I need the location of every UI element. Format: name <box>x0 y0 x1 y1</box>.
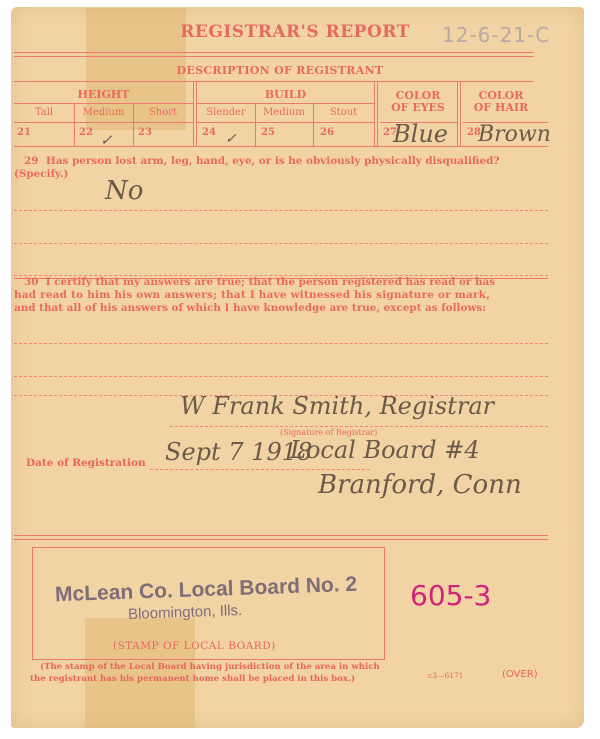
table-rule <box>374 82 375 146</box>
divider <box>14 81 534 82</box>
q29-number: 29 <box>24 155 38 168</box>
field-26: 26 <box>320 127 334 138</box>
stamp-note-2: the registrant has his permanent home sh… <box>30 674 355 684</box>
table-rule <box>197 103 374 104</box>
divider <box>14 52 534 53</box>
stamp-caption: (STAMP OF LOCAL BOARD) <box>113 640 276 652</box>
q29-answer: No <box>105 176 143 206</box>
answer-line <box>14 210 548 211</box>
q30-number: 30 <box>24 276 38 288</box>
col-slender: Slender <box>197 107 255 118</box>
registrar-signature: W Frank Smith, Registrar <box>180 392 494 420</box>
eyes-value: Blue <box>393 120 448 148</box>
table-rule <box>74 122 75 146</box>
q29-text: Has person lost arm, leg, hand, eye, or … <box>46 155 499 168</box>
field-23: 23 <box>138 127 152 138</box>
eyes-header-2: OF EYES <box>378 101 458 114</box>
table-rule <box>197 122 374 123</box>
over-label: (OVER) <box>502 669 538 680</box>
field-21: 21 <box>17 127 31 138</box>
col-stout: Stout <box>313 107 374 118</box>
section-subtitle: DESCRIPTION OF REGISTRANT <box>0 64 560 77</box>
divider <box>14 539 548 540</box>
answer-line <box>14 243 548 244</box>
q30-text-1: I certify that my answers are true; that… <box>46 276 495 288</box>
build-header: BUILD <box>197 88 374 101</box>
q30-line2: had read to him his own answers; that I … <box>14 289 490 302</box>
divider <box>14 535 548 536</box>
col-short: Short <box>133 107 193 118</box>
answer-line <box>14 376 548 377</box>
divider <box>14 56 534 57</box>
q30-line3: and that all of his answers of which I h… <box>14 302 486 315</box>
slender-check: ✓ <box>225 131 237 147</box>
col-medium-height: Medium <box>74 107 133 118</box>
field-22: 22 <box>79 127 93 138</box>
table-rule <box>14 122 193 123</box>
field-25: 25 <box>261 127 275 138</box>
col-tall: Tall <box>14 107 74 118</box>
table-rule <box>193 82 194 146</box>
date-label: Date of Registration <box>26 457 146 469</box>
divider <box>14 146 548 147</box>
table-rule <box>133 122 134 146</box>
col-medium-build: Medium <box>255 107 313 118</box>
signature-line <box>170 426 548 427</box>
table-rule <box>14 103 193 104</box>
q29-specify: (Specify.) <box>14 168 68 181</box>
answer-line <box>14 343 548 344</box>
hair-value: Brown <box>478 122 551 147</box>
q30-line1: 30 I certify that my answers are true; t… <box>24 276 495 289</box>
handwritten-number: 605-3 <box>410 579 491 612</box>
hair-header-2: OF HAIR <box>461 101 541 114</box>
table-rule <box>313 122 314 146</box>
height-header: HEIGHT <box>14 88 193 101</box>
field-24: 24 <box>202 127 216 138</box>
stamp-note-1: (The stamp of the Local Board having jur… <box>40 662 380 672</box>
form-code: c3—6171 <box>428 671 464 680</box>
file-number: 12-6-21-C <box>442 23 550 47</box>
local-board-line1: Local Board #4 <box>290 436 480 464</box>
table-rule <box>255 122 256 146</box>
local-board-line2: Branford, Conn <box>318 470 522 500</box>
